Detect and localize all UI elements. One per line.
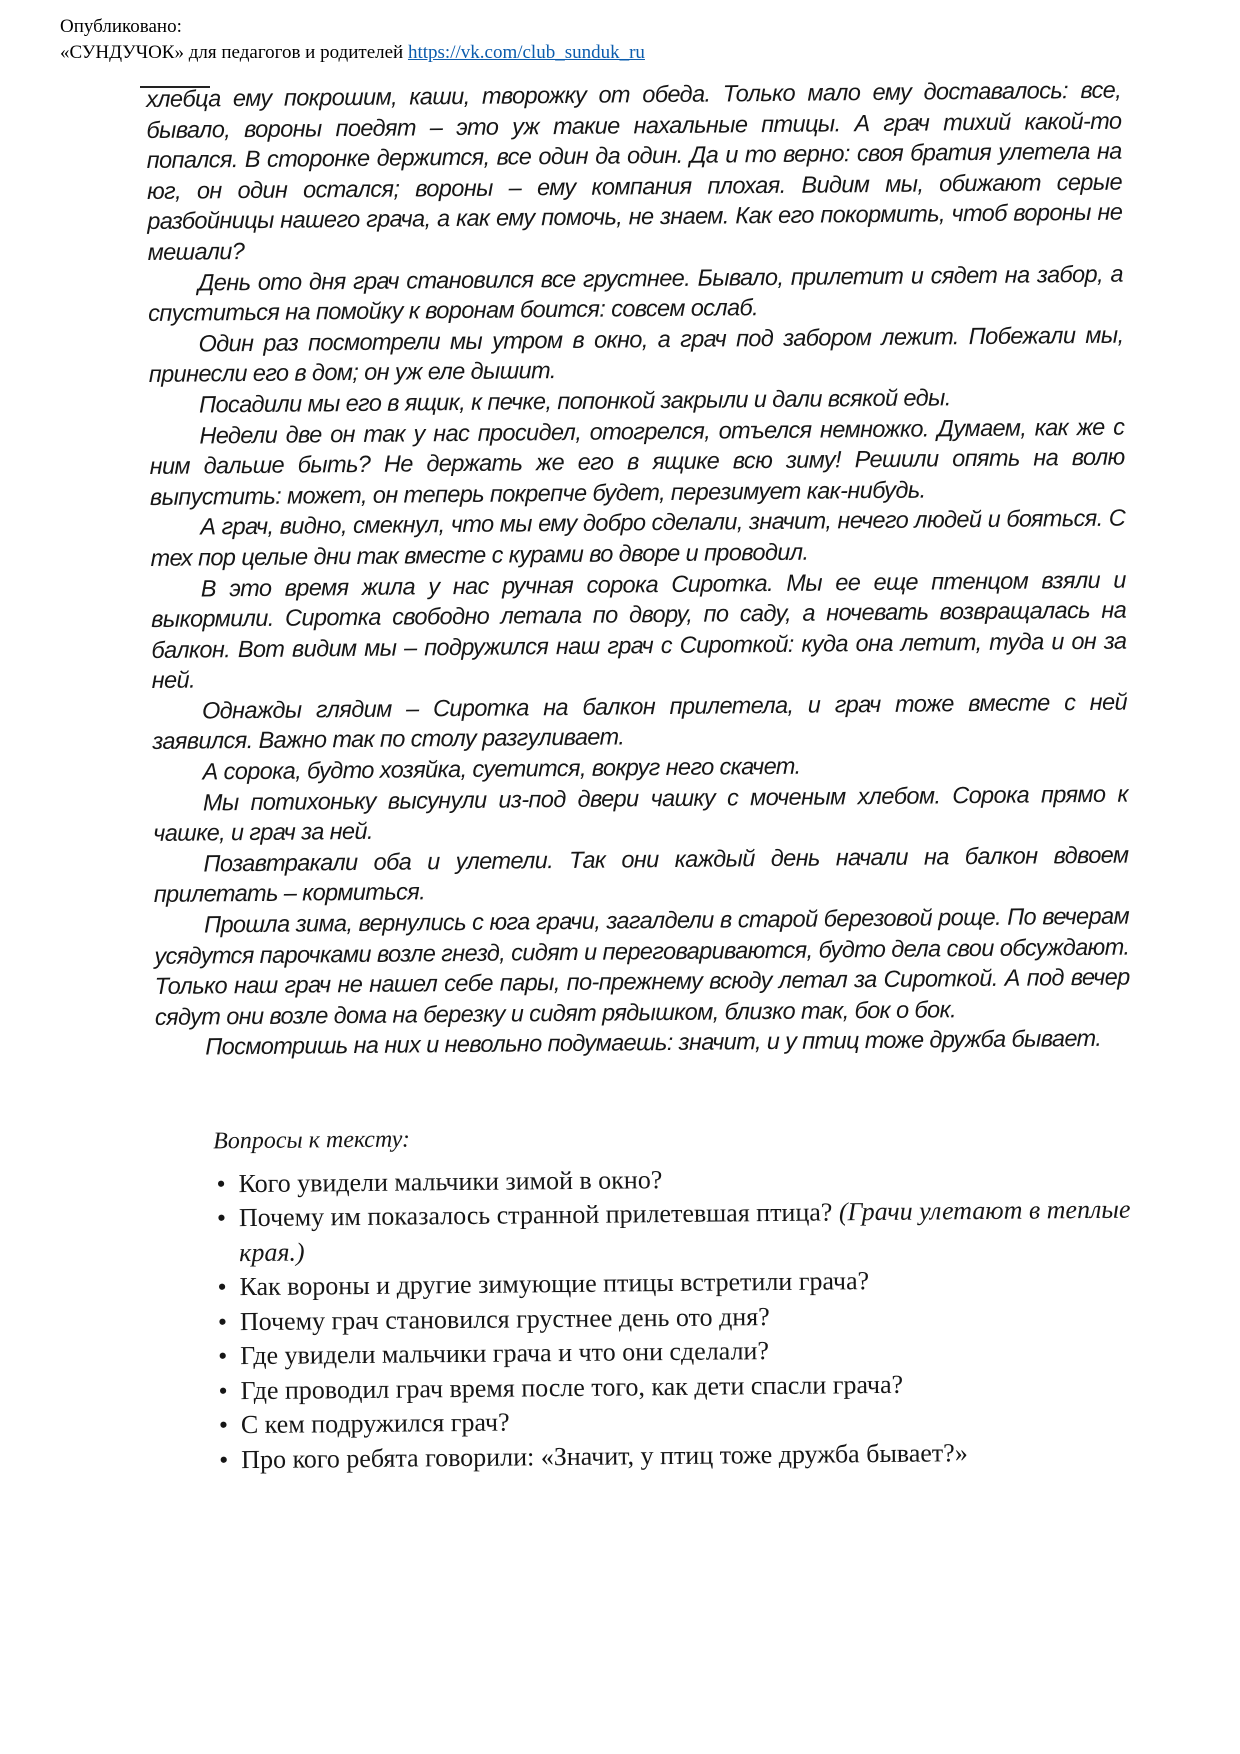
questions-section: Вопросы к тексту: • Кого увидели мальчик… xyxy=(150,1116,1133,1478)
story-text: хлебца ему покрошим, каши, творожку от о… xyxy=(146,75,1130,1063)
story-paragraph: Один раз посмотрели мы утром в окно, а г… xyxy=(148,319,1124,390)
vk-club-link[interactable]: https://vk.com/club_sunduk_ru xyxy=(408,42,645,63)
question-text: Почему грач становился грустнее день ото… xyxy=(240,1302,770,1336)
question-text: Как вороны и другие зимующие птицы встре… xyxy=(239,1266,869,1301)
question-text: Про кого ребята говорили: «Значит, у пти… xyxy=(241,1438,968,1474)
question-text: Где проводил грач время после того, как … xyxy=(240,1369,903,1404)
bullet-icon: • xyxy=(219,1443,228,1478)
story-paragraph: Позавтракали оба и улетели. Так они кажд… xyxy=(153,839,1129,910)
questions-list: • Кого увидели мальчики зимой в окно? • … xyxy=(150,1158,1133,1478)
story-paragraph: День ото дня грач становился все грустне… xyxy=(148,258,1124,329)
bullet-icon: • xyxy=(217,1201,226,1236)
story-paragraph: Мы потихоньку высунули из-под двери чашк… xyxy=(153,778,1129,849)
question-text: Почему им показалось странной прилетевша… xyxy=(239,1197,839,1232)
publication-header: Опубликовано: «СУНДУЧОК» для педагогов и… xyxy=(60,14,645,66)
question-item: • Почему им показалось странной прилетев… xyxy=(217,1193,1132,1271)
bullet-icon: • xyxy=(218,1305,227,1340)
published-label: Опубликовано: xyxy=(60,14,645,40)
story-paragraph: В это время жила у нас ручная сорока Сир… xyxy=(151,564,1127,696)
story-paragraph: А грач, видно, смекнул, что мы ему добро… xyxy=(150,503,1126,574)
story-paragraph: Недели две он так у нас просидел, отогре… xyxy=(149,411,1125,512)
story-paragraph: хлебца ему покрошим, каши, творожку от о… xyxy=(146,75,1123,268)
bullet-icon: • xyxy=(218,1374,227,1409)
question-text: Кого увидели мальчики зимой в окно? xyxy=(238,1165,662,1198)
questions-title: Вопросы к тексту: xyxy=(213,1116,1130,1159)
bullet-icon: • xyxy=(216,1167,225,1202)
bullet-icon: • xyxy=(217,1270,226,1305)
question-text: С кем подружился грач? xyxy=(241,1408,510,1440)
source-line: «СУНДУЧОК» для педагогов и родителей htt… xyxy=(60,40,645,66)
bullet-icon: • xyxy=(219,1408,228,1443)
source-text: «СУНДУЧОК» для педагогов и родителей xyxy=(60,42,408,63)
story-paragraph: Однажды глядим – Сиротка на балкон приле… xyxy=(152,686,1128,757)
bullet-icon: • xyxy=(218,1339,227,1374)
story-paragraph: Прошла зима, вернулись с юга грачи, зага… xyxy=(154,901,1130,1033)
question-text: Где увидели мальчики грача и что они сде… xyxy=(240,1336,769,1370)
question-item: • Про кого ребята говорили: «Значит, у п… xyxy=(219,1434,1133,1477)
